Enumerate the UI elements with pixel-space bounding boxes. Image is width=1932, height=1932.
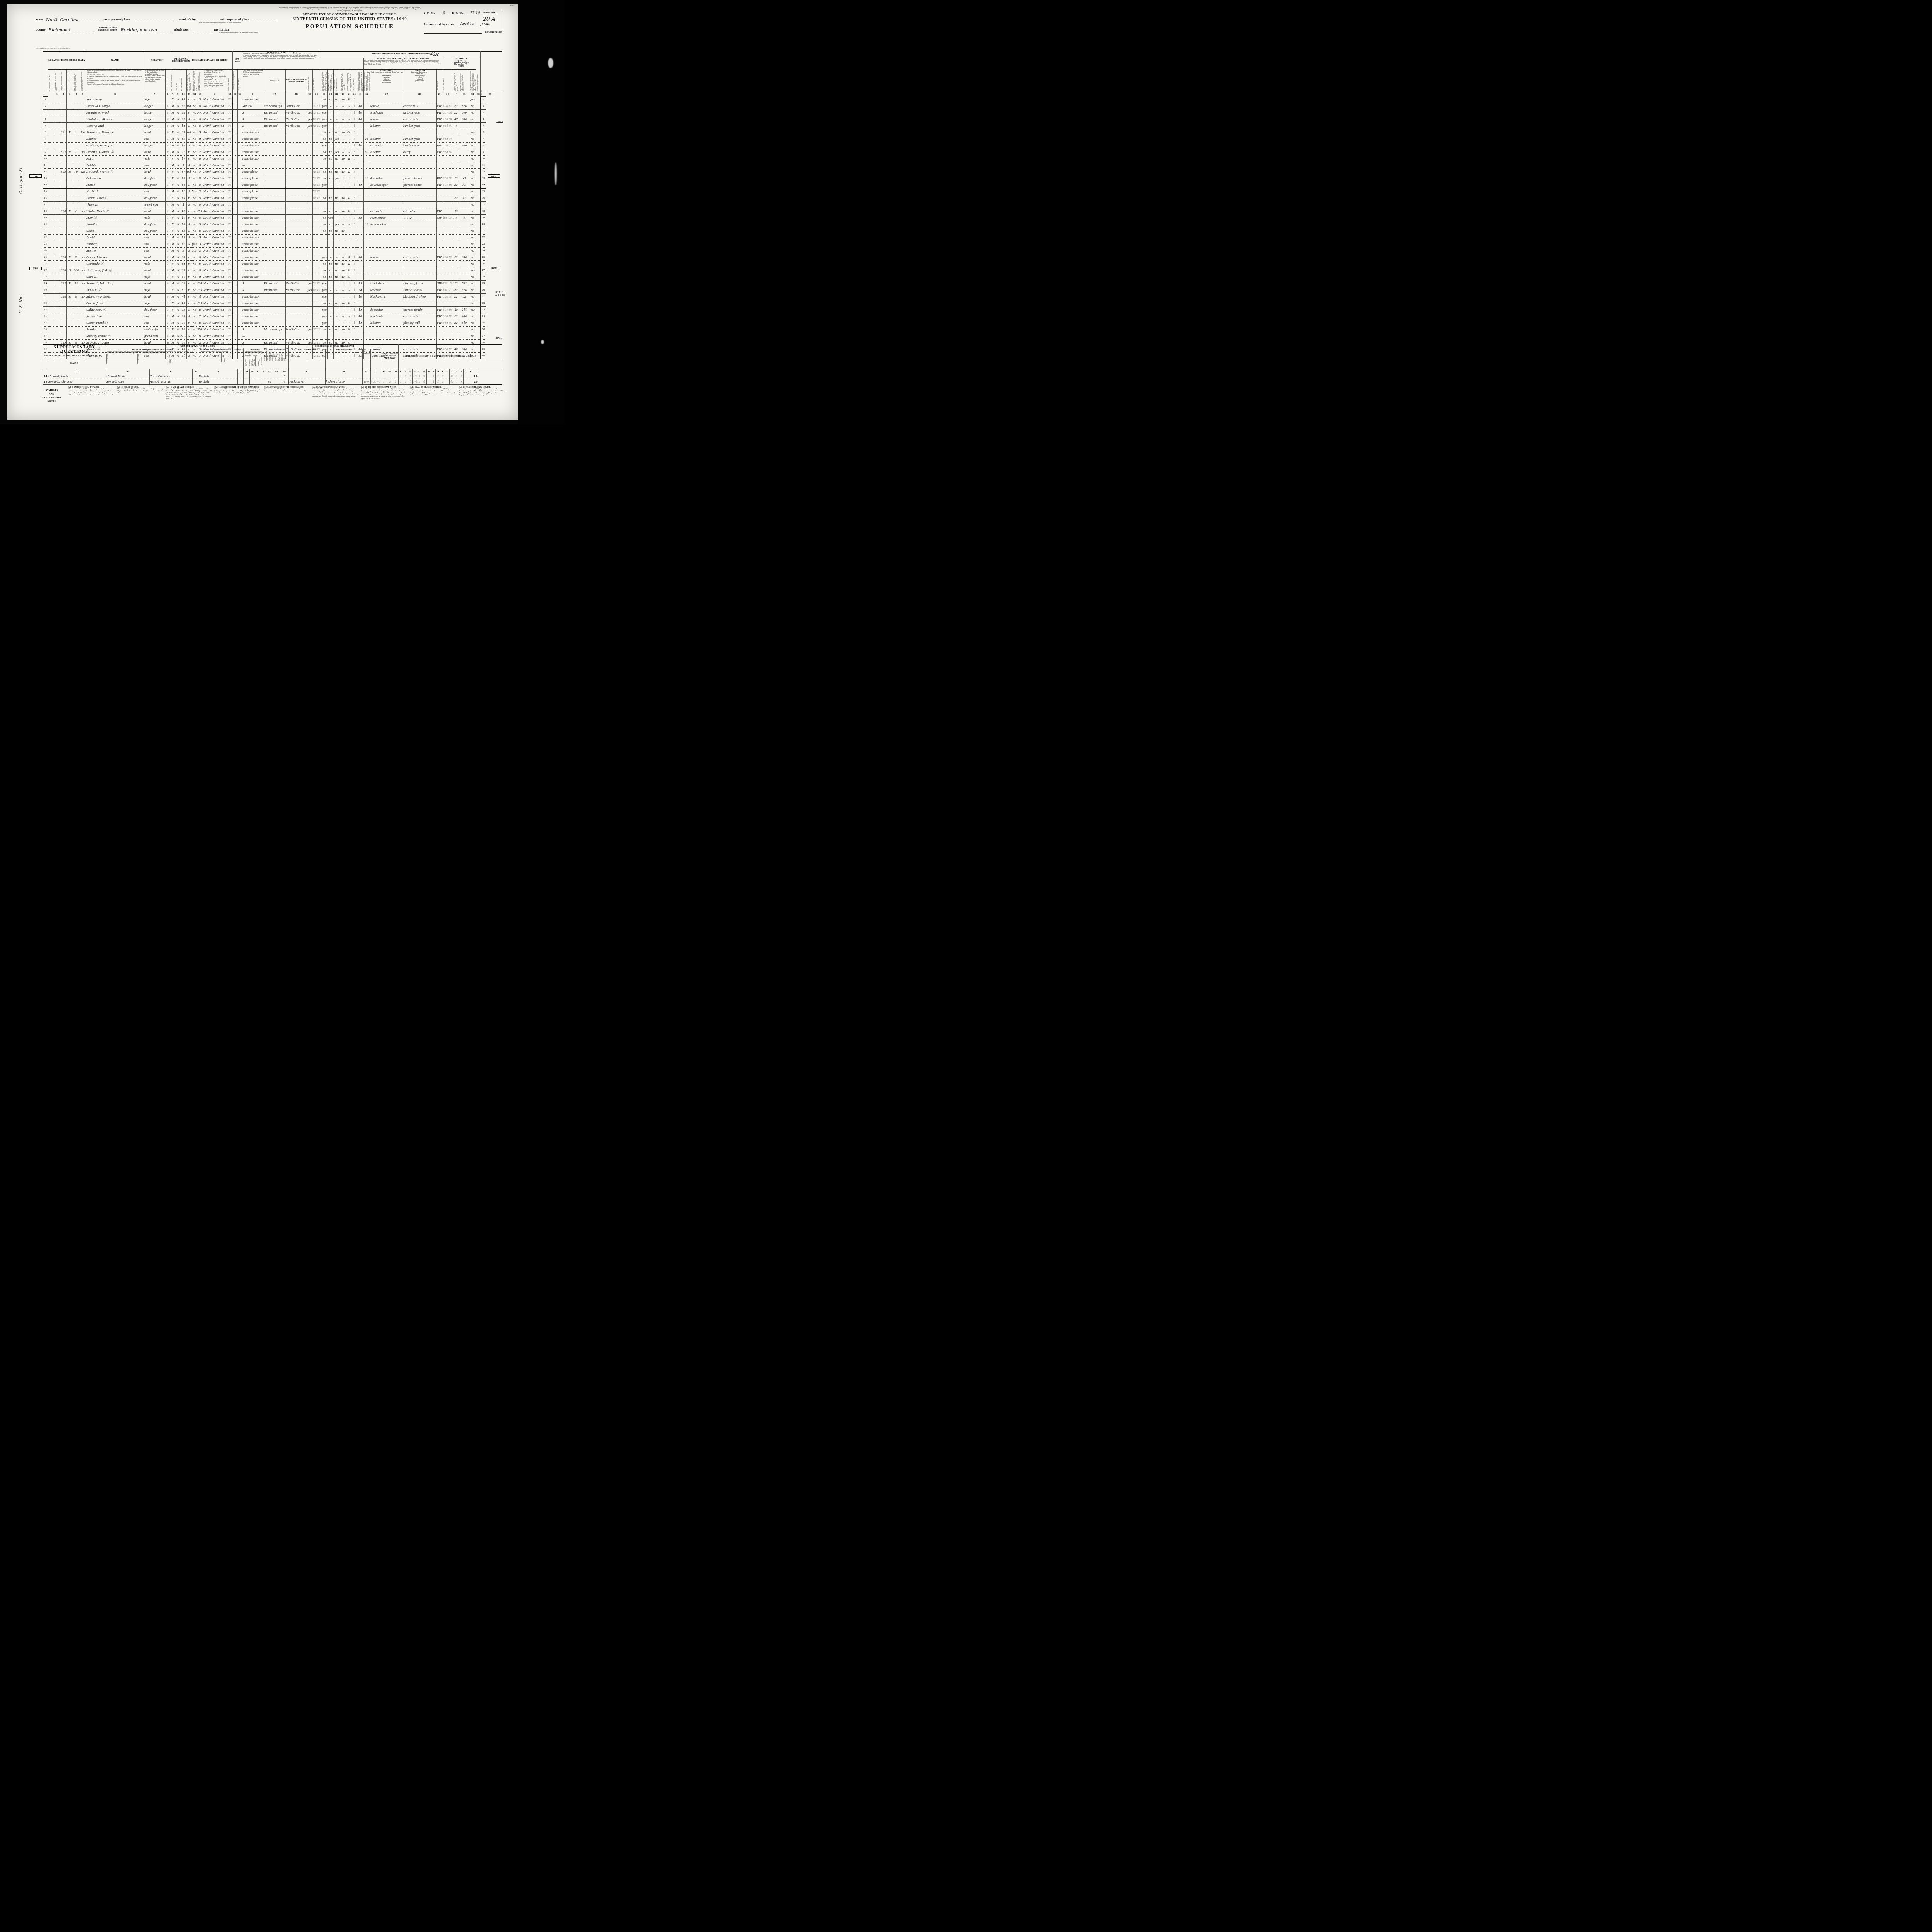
cell: [233, 267, 238, 274]
cell: PW: [437, 103, 442, 109]
column-group-header: LOCATION: [48, 52, 60, 70]
cell: [357, 267, 364, 274]
cell: new worker: [370, 221, 403, 228]
cell: –: [346, 116, 352, 122]
cell: [364, 96, 370, 103]
cell: [286, 168, 307, 175]
cell: [80, 116, 86, 122]
cell: 76: [227, 333, 233, 339]
line-number: 34: [43, 313, 48, 320]
cell: 13: [364, 221, 370, 228]
column-header: If born in the United States, give State…: [203, 70, 227, 92]
cell: [233, 228, 238, 234]
cell: 2: [197, 247, 203, 254]
cell: [476, 162, 481, 168]
cell: [313, 333, 321, 339]
line-number: 35: [43, 320, 48, 326]
cell: [264, 274, 286, 280]
cell: no: [340, 274, 346, 280]
cell: [48, 109, 54, 116]
cell: F: [170, 287, 175, 293]
column-number: J: [371, 369, 381, 374]
cell: –: [334, 103, 340, 109]
cell: [453, 333, 459, 339]
cell: 6: [166, 122, 170, 129]
cell: no: [469, 221, 476, 228]
column-header: Street, avenue, road, etc.: [48, 70, 54, 92]
cell: North Carolina: [203, 109, 227, 116]
cell: [403, 195, 437, 201]
cell: no: [321, 208, 328, 214]
cell: [313, 214, 321, 221]
cell: lumber yard: [403, 136, 437, 142]
cell: 496 X0: [442, 103, 453, 109]
cell: [233, 142, 238, 149]
cell: 3: [352, 136, 357, 142]
cell: –: [340, 254, 346, 260]
cell: 76: [227, 116, 233, 122]
sheet-label: Sheet No.: [476, 11, 502, 14]
cell: [352, 188, 357, 195]
cell: S: [187, 142, 192, 149]
cell: F: [170, 260, 175, 267]
cell: [67, 287, 73, 293]
person-row: 23Williamson0MW11Syes3North Carolina76sa…: [43, 241, 502, 247]
cell: [264, 129, 286, 136]
cell: housekeeper: [370, 182, 403, 188]
cell: lodger: [144, 116, 166, 122]
cell: [48, 122, 54, 129]
cell: 1: [399, 379, 403, 384]
cell: –: [346, 313, 352, 320]
cell: North Carolina: [203, 175, 227, 182]
cell: 1: [352, 320, 357, 326]
cell: Mickey Franklin: [86, 333, 144, 339]
cell: [73, 175, 80, 182]
group-for-all-ages: FOR PERSONS OF ALL AGES: [106, 345, 289, 349]
cell: 5/12: [180, 333, 187, 339]
cell: –: [340, 136, 346, 142]
cell: M: [170, 188, 175, 195]
cell: 1: [166, 155, 170, 162]
cell: [453, 274, 459, 280]
cell: no: [192, 320, 197, 326]
cell: [233, 260, 238, 267]
cell: [60, 155, 67, 162]
column-number: 41: [255, 369, 261, 374]
cell: [48, 241, 54, 247]
cell: no: [328, 136, 334, 142]
cell: [357, 274, 364, 280]
cell: 8: [352, 129, 357, 136]
cell: domestic: [370, 175, 403, 182]
cell: –: [340, 175, 346, 182]
cell: North Carolina: [203, 267, 227, 274]
cell: laborer: [370, 122, 403, 129]
cell: Howard, Monie Ⓧ: [86, 168, 144, 175]
cell: no: [334, 96, 340, 103]
cell: cotton mill: [403, 103, 437, 109]
cell: [352, 333, 357, 339]
cell: [48, 136, 54, 142]
cell: [476, 116, 481, 122]
cell: no: [469, 241, 476, 247]
column-number: 44: [280, 369, 289, 374]
cell: [286, 182, 307, 188]
cell: [459, 149, 469, 155]
cell: North Carolina: [203, 122, 227, 129]
cell: [80, 326, 86, 333]
cell: [73, 326, 80, 333]
column-number: [43, 369, 48, 374]
cell: 74: [180, 293, 187, 300]
cell: 38: [180, 260, 187, 267]
line-number: 1: [481, 96, 486, 103]
cell: [364, 280, 370, 287]
cell: no: [192, 267, 197, 274]
cell: Whitaker, Wesley: [86, 116, 144, 122]
cell: [54, 162, 60, 168]
cell: [54, 188, 60, 195]
column-number: 27: [370, 92, 403, 97]
cell: [73, 182, 80, 188]
cell: no: [469, 155, 476, 162]
cell: [476, 188, 481, 195]
cell: H: [346, 300, 352, 306]
cell: [459, 188, 469, 195]
cell: [261, 379, 266, 384]
cell: [370, 260, 403, 267]
cell: [264, 149, 286, 155]
cell: [328, 247, 334, 254]
cell: 20: [180, 320, 187, 326]
cell: –: [340, 122, 346, 129]
cell: 0: [166, 129, 170, 136]
cell: –: [340, 221, 346, 228]
cell: [73, 241, 80, 247]
cell: 368 73: [442, 142, 453, 149]
cell: [445, 374, 450, 379]
cell: [307, 300, 313, 306]
cell: X0V3: [313, 168, 321, 175]
cell: [286, 155, 307, 162]
cell: same house: [242, 142, 264, 149]
cell: no: [321, 300, 328, 306]
column-number: 3: [67, 92, 73, 97]
cell: daughter: [144, 182, 166, 188]
cell: PW: [437, 136, 442, 142]
line-number: 37: [481, 333, 486, 339]
cell: Berta May: [86, 96, 144, 103]
person-row: 5Ussery, Budlodger6MW18Sno5North Carolin…: [43, 122, 502, 129]
cell: [67, 122, 73, 129]
cell: [352, 241, 357, 247]
cell: 700: [459, 109, 469, 116]
cell: no: [321, 155, 328, 162]
cell: [437, 260, 442, 267]
mother-tongue-header: MOTHER TONGUE (OR NATIVE LANGUAGE)Langua…: [199, 349, 244, 369]
cell: no: [334, 326, 340, 333]
cell: 32: [357, 214, 364, 221]
cell: [233, 333, 238, 339]
cell: M: [170, 333, 175, 339]
cell: 7: [197, 313, 203, 320]
cell: [370, 96, 403, 103]
cell: [73, 247, 80, 254]
cell: [364, 228, 370, 234]
cell: [73, 214, 80, 221]
cell: [286, 274, 307, 280]
cell: [264, 96, 286, 103]
cell: [60, 274, 67, 280]
line-col: [473, 345, 478, 374]
cell: [238, 320, 242, 326]
cell: 14: [43, 374, 48, 379]
cell: [48, 254, 54, 260]
cell: no: [192, 274, 197, 280]
cell: 11: [180, 188, 187, 195]
cell: private home: [403, 182, 437, 188]
cell: M: [170, 149, 175, 155]
cell: [286, 214, 307, 221]
line-number: 14: [43, 182, 48, 188]
cell: [453, 188, 459, 195]
column-number: 34: [486, 92, 494, 97]
cell: no: [192, 96, 197, 103]
cell: [476, 195, 481, 201]
line-number: 4: [43, 116, 48, 122]
cell: [238, 122, 242, 129]
cell: F: [170, 175, 175, 182]
cell: 77: [227, 234, 233, 241]
line-number: 23: [481, 241, 486, 247]
cell: [442, 333, 453, 339]
cell: domestic: [370, 306, 403, 313]
cell: [264, 142, 286, 149]
cell: [238, 247, 242, 254]
cell: U: [346, 274, 352, 280]
column-number: S: [436, 369, 440, 374]
cell: [453, 168, 459, 175]
column-number: Q: [427, 369, 431, 374]
cell: 0: [454, 374, 459, 379]
column-header: Was this person SEEKING WORK? (Yes or No…: [334, 70, 340, 92]
cell: [67, 142, 73, 149]
cell: [60, 214, 67, 221]
cell: [307, 221, 313, 228]
cell: 48: [180, 142, 187, 149]
cell: [238, 201, 242, 208]
cell: 37: [180, 168, 187, 175]
cell: [453, 201, 459, 208]
county-value: Richmond: [49, 27, 95, 31]
cell: [54, 136, 60, 142]
cell: [453, 247, 459, 254]
cell: M: [170, 103, 175, 109]
column-number: 2: [60, 92, 67, 97]
cell: no: [340, 155, 346, 162]
cell: odd jobs: [403, 208, 437, 214]
cell: [307, 274, 313, 280]
cell: [403, 168, 437, 175]
cell: [54, 254, 60, 260]
cell: 328 85: [442, 293, 453, 300]
cell: C-1: [197, 300, 203, 306]
cell: 944 09: [442, 122, 453, 129]
cell: truck driver: [289, 379, 326, 384]
cell: W: [175, 280, 180, 287]
cell: no: [80, 208, 86, 214]
cell: 988 09: [442, 320, 453, 326]
cell: Juanita: [86, 221, 144, 228]
cell: [403, 228, 437, 234]
cell: 328: [60, 293, 67, 300]
cell: [403, 333, 437, 339]
cell: [255, 374, 261, 379]
cell: 0: [166, 241, 170, 247]
cell: same place: [242, 168, 264, 175]
cell: [371, 374, 381, 379]
cell: [233, 96, 238, 103]
line-number: 23: [43, 241, 48, 247]
cell: Bobbie: [86, 162, 144, 168]
person-row: 34Jasper Leeson2MW23Sno7North Carolina76…: [43, 313, 502, 320]
cell: [364, 333, 370, 339]
cell: [238, 96, 242, 103]
cell: South Carolina: [203, 214, 227, 221]
cell: no: [80, 293, 86, 300]
cell: South Car.: [286, 103, 307, 109]
cell: [73, 155, 80, 162]
cell: W: [175, 103, 180, 109]
cell: carpenter: [370, 208, 403, 214]
line-number: 22: [481, 234, 486, 241]
cell: Ot: [346, 129, 352, 136]
cell: [54, 214, 60, 221]
cell: X0V3: [313, 188, 321, 195]
cell: W: [175, 195, 180, 201]
cell: [54, 109, 60, 116]
cell: no: [192, 175, 197, 182]
note-column: Col. 46. WAR OR MILITARY SERVICE:Spanish…: [459, 386, 505, 403]
cell: same house: [242, 234, 264, 241]
cell: no: [469, 287, 476, 293]
cell: [370, 188, 403, 195]
cell: m: [187, 293, 192, 300]
cell: 19: [180, 136, 187, 142]
cell: [364, 201, 370, 208]
cell: [346, 228, 352, 234]
supplementary-table: SUPPLEMENTARYQUESTIONSFor Persons Enumer…: [43, 344, 502, 385]
cell: 1: [417, 374, 422, 379]
person-row: 28Cora L.wife1FW60mno8North Carolina76sa…: [43, 274, 502, 280]
cell: [80, 313, 86, 320]
cell: [370, 195, 403, 201]
cell: 0: [197, 260, 203, 267]
cell: North Car.: [286, 109, 307, 116]
cell: no: [469, 103, 476, 109]
column-number: G: [193, 369, 199, 374]
cell: [264, 300, 286, 306]
cell: [313, 267, 321, 274]
cell: R: [242, 116, 264, 122]
cell: [357, 129, 364, 136]
cell: no: [469, 313, 476, 320]
cell: [48, 326, 54, 333]
cell: 6: [166, 103, 170, 109]
cell: –: [328, 142, 334, 149]
line-number: 9: [43, 149, 48, 155]
column-header: Highest grade of school completed (See C…: [197, 70, 203, 92]
cell: W: [175, 267, 180, 274]
cell: No: [80, 129, 86, 136]
cell: M: [170, 109, 175, 116]
column-number: L: [403, 369, 408, 374]
cell: no: [340, 326, 346, 333]
cell: North Carolina: [203, 168, 227, 175]
person-row: 2Penfeild Georgelodger6MW57wdno4South Ca…: [43, 103, 502, 109]
cell: W: [175, 168, 180, 175]
cell: [476, 175, 481, 182]
cell: –: [328, 313, 334, 320]
cell: head: [144, 208, 166, 214]
cell: [73, 188, 80, 195]
cell: [453, 136, 459, 142]
cell: 7: [197, 149, 203, 155]
cell: M: [170, 320, 175, 326]
person-row: 13Catherinedaughter2FW17Sno8North Caroli…: [43, 175, 502, 182]
line-number: 13: [43, 175, 48, 182]
cell: [352, 247, 357, 254]
cell: m: [187, 274, 192, 280]
usual-class-header: Usual class of worker: [363, 349, 371, 369]
line-number: 15: [481, 188, 486, 195]
cell: [289, 374, 326, 379]
cell: [238, 293, 242, 300]
enumerator-label: Enumerator.: [485, 31, 502, 34]
cell: [307, 136, 313, 142]
cell: Marlborough: [264, 103, 286, 109]
cell: 7: [197, 168, 203, 175]
cell: [370, 241, 403, 247]
cell: [459, 228, 469, 234]
cell: [307, 175, 313, 182]
cell: [313, 260, 321, 267]
column-header: Did this person receive income of $50 or…: [469, 70, 476, 92]
line-number: 11: [43, 162, 48, 168]
column-header: Was this person AT WORK for pay or profi…: [321, 70, 328, 92]
cell: W: [175, 247, 180, 254]
cell: lodger: [144, 103, 166, 109]
cell: lumber yard: [403, 122, 437, 129]
cell: cotton mill: [403, 254, 437, 260]
cell: [442, 188, 453, 195]
cell: Richmond: [264, 122, 286, 129]
cell: [340, 333, 346, 339]
cell: R: [242, 326, 264, 333]
line-number: 19: [481, 214, 486, 221]
header-center-titles: Your report is required by Act of Congre…: [276, 6, 423, 29]
cell: 52: [453, 142, 459, 149]
cell: no: [340, 260, 346, 267]
cell: [60, 162, 67, 168]
cell: [48, 188, 54, 195]
cell: [364, 241, 370, 247]
cell: 5: [352, 300, 357, 306]
cell: daughter: [144, 221, 166, 228]
cell: laborer: [370, 136, 403, 142]
person-row: 8Graham, Henry H.lodger6MW48Sno0North Ca…: [43, 142, 502, 149]
